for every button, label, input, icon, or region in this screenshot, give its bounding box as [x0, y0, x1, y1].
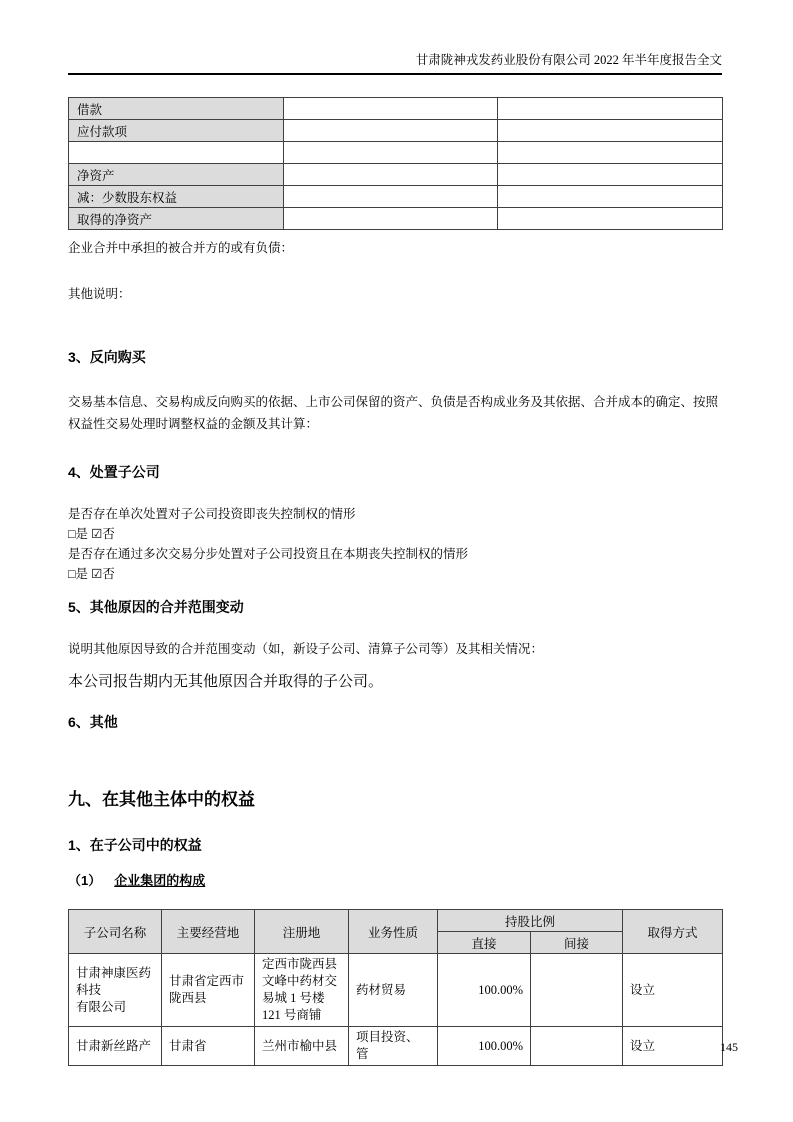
heading-number: （1） [68, 873, 101, 888]
paragraph-scope-change-desc: 说明其他原因导致的合并范围变动（如，新设子公司、清算子公司等）及其相关情况： [68, 640, 722, 659]
cell-indirect-ratio [531, 954, 623, 1027]
empty-cell [498, 142, 723, 164]
row-label-payables: 应付款项 [69, 120, 284, 142]
empty-cell [284, 186, 498, 208]
heading-reverse-purchase: 3、反向购买 [68, 348, 722, 367]
col-header-shareholding: 持股比例 [438, 910, 623, 932]
page-content: 甘肃陇神戎发药业股份有限公司 2022 年半年度报告全文 借款 应付款项 [68, 0, 722, 1066]
running-header-title: 甘肃陇神戎发药业股份有限公司 2022 年半年度报告全文 [68, 52, 722, 75]
table-row: 净资产 [69, 164, 723, 186]
paragraph-other-notes: 其他说明： [68, 285, 722, 304]
cell-acquisition: 设立 [623, 954, 723, 1027]
heading-interests-in-subsidiaries: 1、在子公司中的权益 [68, 836, 722, 855]
cell-main-location: 甘肃省 [162, 1027, 255, 1066]
heading-group-composition: （1） 企业集团的构成 [68, 872, 722, 890]
empty-cell [498, 208, 723, 230]
subsidiaries-table: 子公司名称 主要经营地 注册地 业务性质 持股比例 取得方式 直接 间接 甘肃神… [68, 909, 723, 1066]
table-row [69, 142, 723, 164]
heading-other: 6、其他 [68, 713, 722, 732]
cell-business-nature: 药材贸易 [349, 954, 438, 1027]
table-row: 应付款项 [69, 120, 723, 142]
col-header-subsidiary-name: 子公司名称 [69, 910, 162, 954]
paragraph-scope-change-statement: 本公司报告期内无其他原因合并取得的子公司。 [68, 672, 722, 693]
paragraph-contingent-liabilities: 企业合并中承担的被合并方的或有负债： [68, 239, 722, 258]
table-row: 减：少数股东权益 [69, 186, 723, 208]
empty-cell [284, 142, 498, 164]
report-page: 甘肃陇神戎发药业股份有限公司 2022 年半年度报告全文 借款 应付款项 [0, 0, 793, 1122]
cell-direct-ratio: 100.00% [438, 1027, 531, 1066]
table-header-row: 子公司名称 主要经营地 注册地 业务性质 持股比例 取得方式 [69, 910, 723, 932]
row-label-net-assets: 净资产 [69, 164, 284, 186]
row-label-minority-interest: 减：少数股东权益 [69, 186, 284, 208]
empty-cell [284, 98, 498, 120]
table-row: 甘肃神康医药 科技 有限公司 甘肃省定西市 陇西县 定西市陇西县 文峰中药材交 … [69, 954, 723, 1027]
empty-cell [284, 208, 498, 230]
cell-registered-location: 定西市陇西县 文峰中药材交 易城 1 号楼 121 号商铺 [255, 954, 349, 1027]
disposal-questions: 是否存在单次处置对子公司投资即丧失控制权的情形 □是 ☑否 是否存在通过多次交易… [68, 504, 722, 584]
table-row: 取得的净资产 [69, 208, 723, 230]
question-single-disposal: 是否存在单次处置对子公司投资即丧失控制权的情形 [68, 504, 722, 524]
heading-group-composition-text: 企业集团的构成 [114, 873, 205, 888]
page-number: 145 [720, 1040, 738, 1055]
cell-subsidiary-name: 甘肃神康医药 科技 有限公司 [69, 954, 162, 1027]
col-header-acquisition: 取得方式 [623, 910, 723, 954]
checkbox-answer-single-disposal: □是 ☑否 [68, 524, 722, 544]
row-label-borrowings: 借款 [69, 98, 284, 120]
merger-cost-table: 借款 应付款项 净资产 [68, 97, 723, 230]
cell-indirect-ratio [531, 1027, 623, 1066]
empty-cell [498, 98, 723, 120]
empty-cell [498, 120, 723, 142]
heading-interests-in-other-entities: 九、在其他主体中的权益 [68, 788, 722, 811]
cell-acquisition: 设立 [623, 1027, 723, 1066]
col-header-business-nature: 业务性质 [349, 910, 438, 954]
col-header-main-location: 主要经营地 [162, 910, 255, 954]
cell-main-location: 甘肃省定西市 陇西县 [162, 954, 255, 1027]
cell-registered-location: 兰州市榆中县 [255, 1027, 349, 1066]
heading-scope-change: 5、其他原因的合并范围变动 [68, 598, 722, 617]
col-header-indirect: 间接 [531, 932, 623, 954]
heading-disposal-subsidiary: 4、处置子公司 [68, 463, 722, 482]
empty-cell [498, 164, 723, 186]
question-step-disposal: 是否存在通过多次交易分步处置对子公司投资且在本期丧失控制权的情形 [68, 544, 722, 564]
table-row: 借款 [69, 98, 723, 120]
cell-subsidiary-name: 甘肃新丝路产 [69, 1027, 162, 1066]
row-label-blank [69, 142, 284, 164]
paragraph-reverse-purchase-desc: 交易基本信息、交易构成反向购买的依据、上市公司保留的资产、负债是否构成业务及其依… [68, 391, 722, 435]
empty-cell [284, 120, 498, 142]
checkbox-answer-step-disposal: □是 ☑否 [68, 564, 722, 584]
col-header-direct: 直接 [438, 932, 531, 954]
cell-direct-ratio: 100.00% [438, 954, 531, 1027]
empty-cell [498, 186, 723, 208]
col-header-registered-location: 注册地 [255, 910, 349, 954]
row-label-net-assets-acquired: 取得的净资产 [69, 208, 284, 230]
table-row: 甘肃新丝路产 甘肃省 兰州市榆中县 项目投资、管 100.00% 设立 [69, 1027, 723, 1066]
empty-cell [284, 164, 498, 186]
cell-business-nature: 项目投资、管 [349, 1027, 438, 1066]
